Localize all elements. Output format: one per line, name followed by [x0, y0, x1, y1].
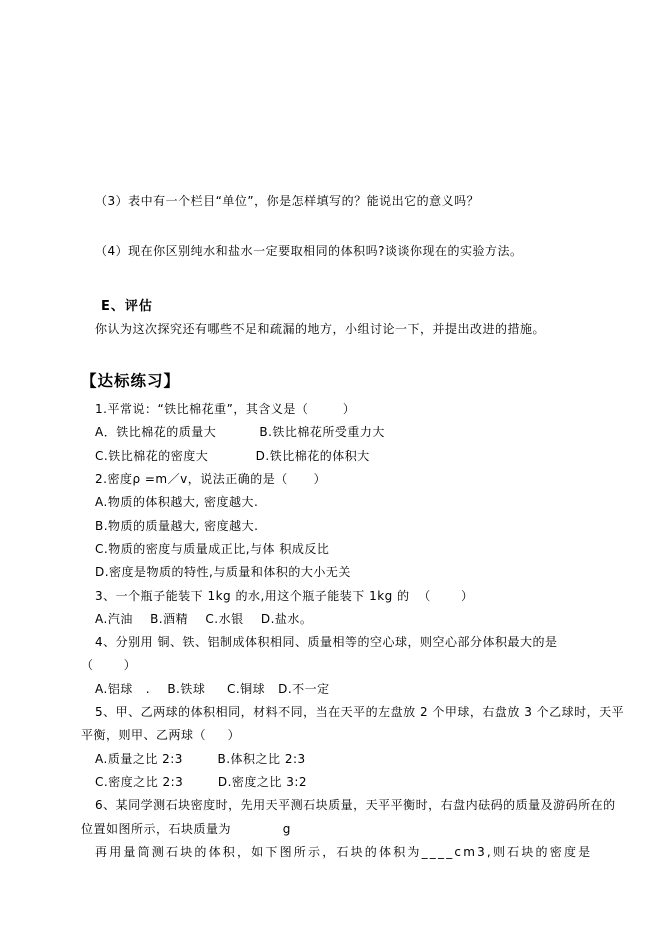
practice-q2-option-c: C.物质的密度与质量成正比,与体 积成反比	[81, 538, 661, 561]
evaluation-text: 你认为这次探究还有哪些不足和疏漏的地方，小组讨论一下，并提出改进的措施。	[81, 318, 661, 341]
practice-q1-options-ab: A．铁比棉花的质量大 B.铁比棉花所受重力大	[81, 421, 661, 444]
practice-q6-stem-line1: 6、某同学测石块密度时，先用天平测石块质量，天平平衡时，右盘内砝码的质量及游码所…	[81, 794, 661, 817]
practice-q5-options-ab: A.质量之比 2:3 B.体积之比 2:3	[81, 748, 661, 771]
practice-question-list: 1.平常说：“铁比棉花重”，其含义是（ ） A．铁比棉花的质量大 B.铁比棉花所…	[81, 398, 661, 864]
practice-q2-option-d: D.密度是物质的特性,与质量和体积的大小无关	[81, 561, 661, 584]
practice-q1-stem: 1.平常说：“铁比棉花重”，其含义是（ ）	[81, 398, 661, 421]
document-body: （3）表中有一个栏目“单位”，你是怎样填写的？能说出它的意义吗？ （4）现在你区…	[0, 0, 661, 864]
practice-q1-options-cd: C.铁比棉花的密度大 D.铁比棉花的体积大	[81, 445, 661, 468]
practice-q5-stem-line1: 5、甲、乙两球的体积相同，材料不同，当在天平的左盘放 2 个甲球，右盘放 3 个…	[81, 701, 661, 724]
practice-q5-options-cd: C.密度之比 2:3 D.密度之比 3:2	[81, 771, 661, 794]
practice-q4-stem: 4、分别用 铜、铁、铝制成体积相同、质量相等的空心球，则空心部分体积最大的是	[81, 631, 661, 654]
practice-q2-option-b: B.物质的质量越大, 密度越大.	[81, 515, 661, 538]
followup-question-4: （4）现在你区别纯水和盐水一定要取相同的体积吗?谈谈你现在的实验方法。	[81, 240, 661, 263]
practice-q6-stem-line3: 再用量筒测石块的体积，如下图所示，石块的体积为____cm3,则石块的密度是	[81, 841, 661, 864]
practice-q5-stem-line2: 平衡，则甲、乙两球（ ）	[81, 724, 661, 747]
practice-q6-stem-line2: 位置如图所示，石块质量为 g	[81, 818, 661, 841]
practice-q4-options: A.铝球 . B.铁球 C.铜球 D.不一定	[81, 678, 661, 701]
practice-q2-option-a: A.物质的体积越大, 密度越大.	[81, 491, 661, 514]
practice-section-heading: 【达标练习】	[81, 368, 661, 394]
evaluation-heading: E、评估	[81, 295, 661, 318]
practice-q4-answer-blank: （ ）	[81, 654, 661, 677]
worksheet-page: （3）表中有一个栏目“单位”，你是怎样填写的？能说出它的意义吗？ （4）现在你区…	[0, 0, 661, 935]
practice-q2-stem: 2.密度ρ =m／v，说法正确的是（ ）	[81, 468, 661, 491]
practice-q3-stem: 3、一个瓶子能装下 1kg 的水,用这个瓶子能装下 1kg 的 （ ）	[81, 585, 661, 608]
followup-question-3: （3）表中有一个栏目“单位”，你是怎样填写的？能说出它的意义吗？	[81, 190, 661, 213]
practice-q3-options: A.汽油 B.酒精 C.水银 D.盐水。	[81, 608, 661, 631]
